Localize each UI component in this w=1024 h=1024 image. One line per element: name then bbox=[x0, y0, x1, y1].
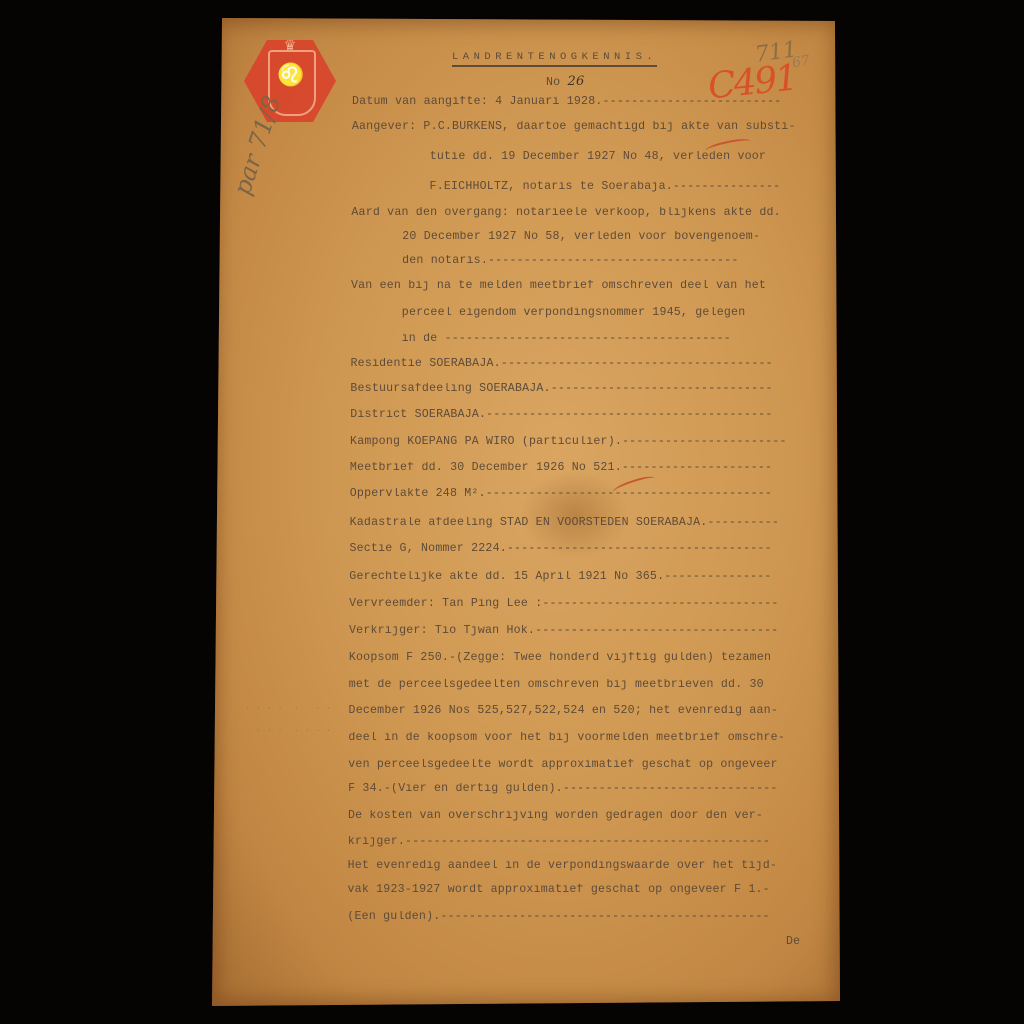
document-line: F.EICHHOLTZ, notaris te Soerabaja.------… bbox=[430, 181, 828, 193]
document-line: District SOERABAJA.---------------------… bbox=[350, 409, 826, 421]
document-line: Residentie SOERABAJA.-------------------… bbox=[351, 358, 827, 370]
document-line: De kosten van overschrijving worden gedr… bbox=[348, 810, 824, 822]
document-line: F 34.-(Vier en dertig gulden).----------… bbox=[348, 783, 824, 795]
document-line: Datum van aangifte: 4 Januari 1928.-----… bbox=[352, 96, 828, 108]
document-line: tutie dd. 19 December 1927 No 48, verled… bbox=[430, 151, 828, 163]
seal-crown-icon: ♛ bbox=[270, 40, 310, 54]
document-line: Bestuursafdeeling SOERABAJA.------------… bbox=[350, 383, 826, 395]
document-line: Oppervlakte 248 M².---------------------… bbox=[350, 488, 826, 500]
document-line: Sectie G, Nommer 2224.------------------… bbox=[349, 543, 825, 555]
pencil-annotation-top-right-small: 67 bbox=[791, 53, 811, 72]
document-line: krijger.--------------------------------… bbox=[348, 836, 824, 848]
document-line: 20 December 1927 No 58, verleden voor bo… bbox=[402, 231, 827, 243]
number-value: 26 bbox=[568, 74, 585, 89]
document-number: No 26 bbox=[546, 75, 584, 89]
document-line: in de ----------------------------------… bbox=[402, 333, 827, 345]
document-title: LANDRENTENOGKENNIS. bbox=[452, 52, 657, 67]
document-line: Aard van den overgang: notarieele verkoo… bbox=[351, 207, 827, 219]
document-line: Koopsom F 250.-(Zegge: Twee honderd vijf… bbox=[349, 652, 825, 664]
document-line: Vervreemder: Tan Ping Lee :-------------… bbox=[349, 598, 825, 610]
document-line: met de perceelsgedeelten omschreven bij … bbox=[349, 679, 825, 691]
document-line: Van een bij na te melden meetbrief omsch… bbox=[351, 280, 827, 292]
catchword: De bbox=[786, 936, 800, 948]
document-line: December 1926 Nos 525,527,522,524 en 520… bbox=[349, 705, 825, 717]
document-line: Aangever: P.C.BURKENS, daartoe gemachtig… bbox=[352, 121, 828, 133]
number-label: No bbox=[546, 76, 560, 89]
seal-lion-icon: ♌ bbox=[276, 62, 306, 88]
document-line: Kampong KOEPANG PA WIRO (particulier).--… bbox=[350, 436, 826, 448]
document-line: ven perceelsgedeelte wordt approximatief… bbox=[348, 759, 824, 771]
document-line: den notaris.----------------------------… bbox=[402, 255, 827, 267]
document-line: Het evenredig aandeel in de verpondingsw… bbox=[348, 860, 824, 872]
document-line: vak 1923-1927 wordt approximatief gescha… bbox=[348, 884, 824, 896]
document-line: Kadastrale afdeeling STAD EN VOORSTEDEN … bbox=[350, 517, 826, 529]
document-line: perceel eigendom verpondingsnommer 1945,… bbox=[402, 307, 827, 319]
document-line: Verkrijger: Tio Tjwan Hok.--------------… bbox=[349, 625, 825, 637]
document-line: (Een gulden).---------------------------… bbox=[347, 911, 823, 923]
document-line: Meetbrief dd. 30 December 1926 No 521.--… bbox=[350, 462, 826, 474]
document-line: deel in de koopsom voor het bij voormeld… bbox=[348, 732, 824, 744]
document-line: Gerechtelijke akte dd. 15 April 1921 No … bbox=[349, 571, 825, 583]
faint-bleedthrough-text: · · · · · · · · · · · · · · bbox=[245, 698, 331, 742]
